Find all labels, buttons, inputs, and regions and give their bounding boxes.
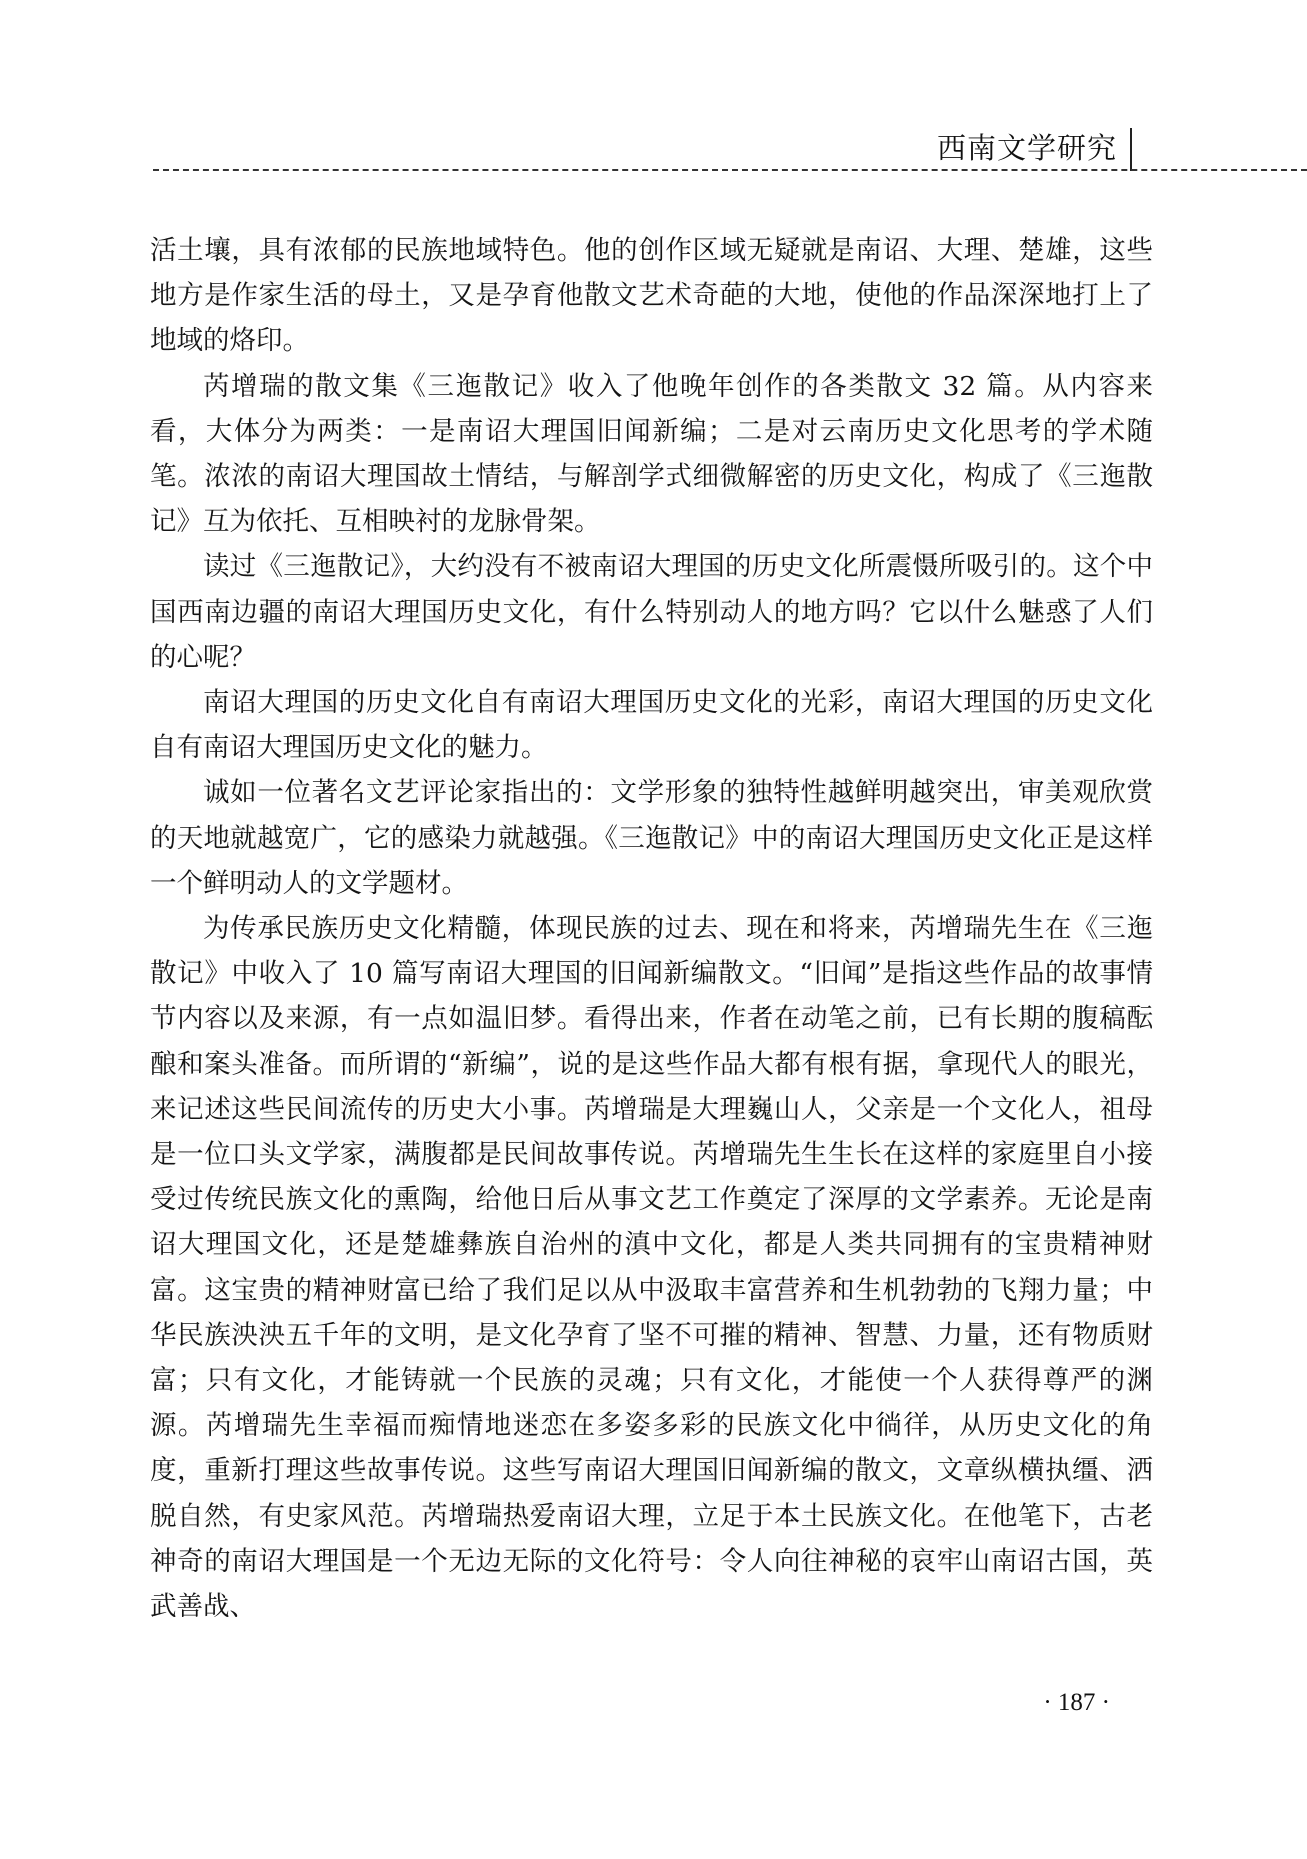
paragraph: 芮增瑞的散文集《三迤散记》收入了他晚年创作的各类散文 32 篇。从内容来看，大体… [150, 364, 1153, 545]
running-head-dashed-rule [153, 169, 1307, 171]
running-head-divider-bar [1130, 128, 1132, 171]
paragraph: 为传承民族历史文化精髓，体现民族的过去、现在和将来，芮增瑞先生在《三迤散记》中收… [150, 906, 1153, 1629]
page-number: · 187 · [1000, 1688, 1110, 1718]
article-body: 活土壤，具有浓郁的民族地域特色。他的创作区域无疑就是南诏、大理、楚雄，这些地方是… [150, 228, 1153, 1629]
paragraph: 活土壤，具有浓郁的民族地域特色。他的创作区域无疑就是南诏、大理、楚雄，这些地方是… [150, 228, 1153, 364]
paragraph: 南诏大理国的历史文化自有南诏大理国历史文化的光彩，南诏大理国的历史文化自有南诏大… [150, 680, 1153, 770]
paragraph: 读过《三迤散记》，大约没有不被南诏大理国的历史文化所震慑所吸引的。这个中国西南边… [150, 544, 1153, 680]
journal-title: 西南文学研究 [937, 130, 1117, 166]
paragraph: 诚如一位著名文艺评论家指出的：文学形象的独特性越鲜明越突出，审美观欣赏的天地就越… [150, 770, 1153, 906]
running-head: 西南文学研究 [0, 0, 1307, 175]
